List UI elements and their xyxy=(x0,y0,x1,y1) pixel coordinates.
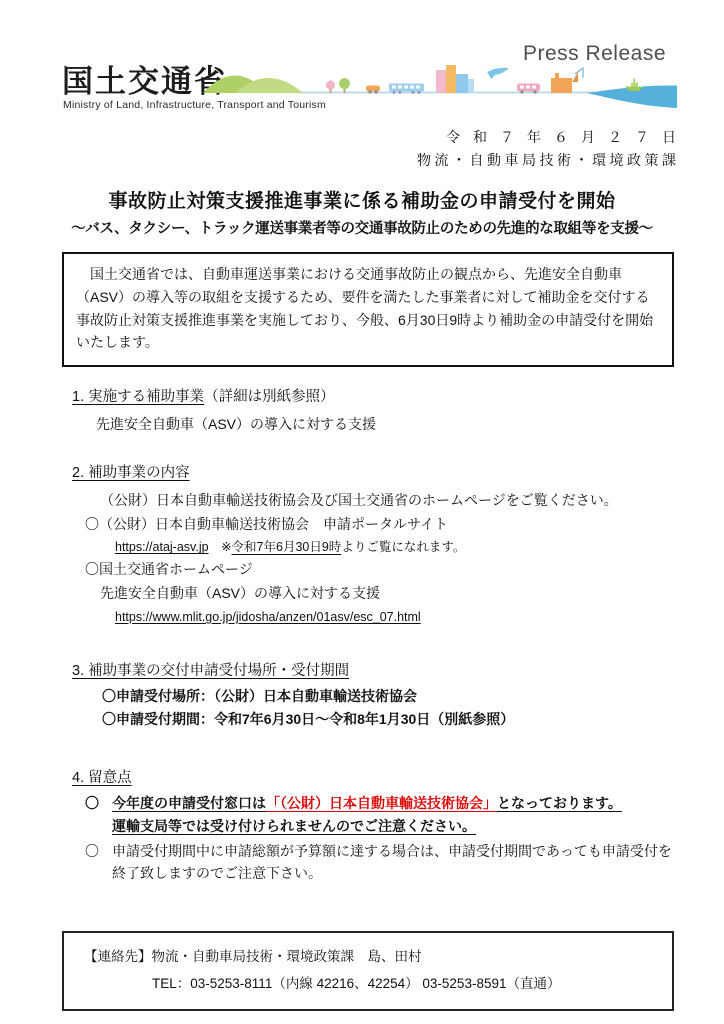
release-date: 令和７年６月２７日 xyxy=(417,126,689,149)
contact-line1: 【連絡先】物流・自動車局技術・環境政策課 島、田村 xyxy=(84,946,656,968)
tree-icon xyxy=(326,78,350,93)
section-1-heading: 1. 実施する補助事業（詳細は別紙参照） xyxy=(72,386,676,409)
portal-site-label: 〇（公財）日本自動車輸送技術協会 申請ポータルサイト xyxy=(85,513,676,536)
header: 国土交通省 Ministry of Land, Infrastructure, … xyxy=(0,0,724,176)
notice-1-part2: となっております。 xyxy=(497,795,622,811)
mlit-url-line: https://www.mlit.go.jp/jidosha/anzen/01a… xyxy=(115,607,676,627)
contact-box: 【連絡先】物流・自動車局技術・環境政策課 島、田村 TEL：03-5253-81… xyxy=(62,931,674,1011)
section-3: 3. 補助事業の交付申請受付場所・受付期間 〇申請受付場所：（公財）日本自動車輸… xyxy=(62,660,676,731)
title-block: 事故防止対策支援推進事業に係る補助金の申請受付を開始 ～バス、タクシー、トラック… xyxy=(0,186,724,238)
section-1-body: 先進安全自動車（ASV）の導入に対する支援 xyxy=(96,413,676,436)
application-period: 〇申請受付期間：令和7年6月30日～令和8年1月30日（別紙参照） xyxy=(102,708,676,731)
portal-note-date: 令和7年6月30日9時 xyxy=(232,540,342,554)
section-3-heading: 3. 補助事業の交付申請受付場所・受付期間 xyxy=(72,660,676,683)
page-title: 事故防止対策支援推進事業に係る補助金の申請受付を開始 xyxy=(0,186,724,213)
section-3-heading-text: 3. 補助事業の交付申請受付場所・受付期間 xyxy=(72,663,349,679)
portal-url-link[interactable]: https://ataj-asv.jp xyxy=(115,540,209,554)
section-4-heading: 4. 留意点 xyxy=(72,767,676,790)
section-2: 2. 補助事業の内容 （公財）日本自動車輸送技術協会及び国土交通省のホームページ… xyxy=(62,462,676,627)
section-2-intro: （公財）日本自動車輸送技術協会及び国土交通省のホームページをご覧ください。 xyxy=(100,489,676,512)
section-4-heading-text: 4. 留意点 xyxy=(72,770,132,786)
notice-1-red-text: 「（公財）日本自動車輸送技術協会」 xyxy=(266,795,497,811)
airplane-icon xyxy=(487,68,509,79)
hills-icon xyxy=(203,76,303,94)
notice-1-line2: 運輸支局等では受け付けられませんのでご注意ください。 xyxy=(112,818,476,834)
bullet-circle-icon: 〇 xyxy=(85,840,112,885)
section-2-heading-text: 2. 補助事業の内容 xyxy=(72,465,190,481)
summary-text: 国土交通省では、自動車運送事業における交通事故防止の観点から、先進安全自動車（A… xyxy=(76,263,660,354)
portal-note-prefix: ※ xyxy=(209,540,232,554)
section-2-heading: 2. 補助事業の内容 xyxy=(72,462,676,485)
portal-note-suffix: よりご覧になれます。 xyxy=(341,540,465,554)
section-1: 1. 実施する補助事業（詳細は別紙参照） 先進安全自動車（ASV）の導入に対する… xyxy=(62,386,676,435)
section-4: 4. 留意点 〇 今年度の申請受付窓口は「（公財）日本自動車輸送技術協会」となっ… xyxy=(62,767,676,885)
contact-line2: TEL：03-5253-8111（内線 42216、42254） 03-5253… xyxy=(152,973,656,995)
buildings-icon xyxy=(436,65,474,93)
summary-box: 国土交通省では、自動車運送事業における交通事故防止の観点から、先進安全自動車（A… xyxy=(62,252,674,367)
header-illustration xyxy=(185,62,677,114)
mlit-homepage-label: 〇国土交通省ホームページ xyxy=(85,558,676,581)
mlit-homepage-body: 先進安全自動車（ASV）の導入に対する支援 xyxy=(100,582,676,605)
notice-bullet-2-text: 申請受付期間中に申請総額が予算額に達する場合は、申請受付期間であっても申請受付を… xyxy=(112,840,676,885)
notice-1-part1: 今年度の申請受付窓口は xyxy=(112,795,266,811)
notice-bullet-2: 〇 申請受付期間中に申請総額が予算額に達する場合は、申請受付期間であっても申請受… xyxy=(85,840,676,885)
bullet-circle-icon: 〇 xyxy=(85,792,112,837)
page-subtitle: ～バス、タクシー、トラック運送事業者等の交通事故防止のための先進的な取組等を支援… xyxy=(0,217,724,238)
portal-url-line: https://ataj-asv.jp ※令和7年6月30日9時よりご覧になれま… xyxy=(115,537,676,557)
section-1-heading-underlined: 1. 実施する補助事業 xyxy=(72,389,204,405)
department-name: 物流・自動車局技術・環境政策課 xyxy=(417,149,680,172)
notice-bullet-1: 〇 今年度の申請受付窓口は「（公財）日本自動車輸送技術協会」となっております。 … xyxy=(85,792,676,837)
ship-icon xyxy=(625,79,643,92)
date-block: 令和７年６月２７日 物流・自動車局技術・環境政策課 xyxy=(417,126,676,171)
mlit-url-link[interactable]: https://www.mlit.go.jp/jidosha/anzen/01a… xyxy=(115,610,421,624)
application-place: 〇申請受付場所：（公財）日本自動車輸送技術協会 xyxy=(102,685,676,708)
notice-bullet-1-text: 今年度の申請受付窓口は「（公財）日本自動車輸送技術協会」となっております。 運輸… xyxy=(112,792,676,837)
section-1-heading-note: （詳細は別紙参照） xyxy=(204,389,335,405)
factory-icon xyxy=(551,68,583,93)
document-body: 1. 実施する補助事業（詳細は別紙参照） 先進安全自動車（ASV）の導入に対する… xyxy=(0,386,724,885)
